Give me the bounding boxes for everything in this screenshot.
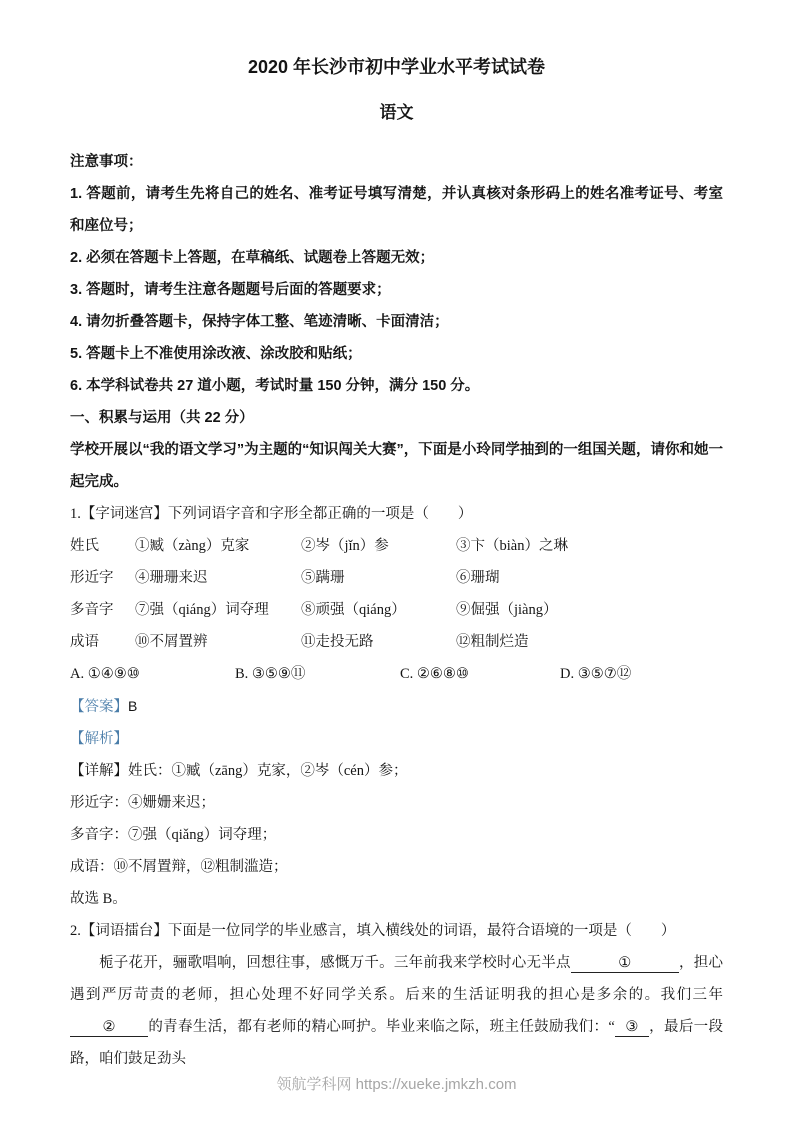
q2-blank-2: ② — [70, 1019, 148, 1037]
q1-analysis-line: 【解析】 — [70, 723, 723, 755]
q1-detail-line-3: 多音字：⑦强（qiǎng）词夺理； — [70, 819, 723, 851]
word-item: ⑤蹒珊 — [301, 562, 456, 594]
site-watermark: 领航学科网 https://xueke.jmkzh.com — [0, 1073, 793, 1094]
word-item: ⑨倔强（jiàng） — [456, 594, 723, 626]
row-label: 成语 — [70, 626, 135, 658]
notice-item-1: 1. 答题前，请考生先将自己的姓名、准考证号填写清楚，并认真核对条形码上的姓名准… — [70, 178, 723, 242]
notice-item-6: 6. 本学科试卷共 27 道小题，考试时量 150 分钟，满分 150 分。 — [70, 370, 723, 402]
option-a: A. ①④⑨⑩ — [70, 658, 235, 690]
word-item: ④珊珊来迟 — [135, 562, 301, 594]
q1-row-similar-chars: 形近字 ④珊珊来迟 ⑤蹒珊 ⑥珊瑚 — [70, 562, 723, 594]
row-label: 形近字 — [70, 562, 135, 594]
q1-detail-line-1: 【详解】姓氏：①臧（zāng）克家，②岑（cén）参； — [70, 755, 723, 787]
row-label: 多音字 — [70, 594, 135, 626]
q1-detail-line-2: 形近字：④姗姗来迟； — [70, 787, 723, 819]
q1-answer-line: 【答案】B — [70, 690, 723, 723]
answer-value: B — [128, 698, 137, 714]
notice-item-2: 2. 必须在答题卡上答题，在草稿纸、试题卷上答题无效； — [70, 242, 723, 274]
section-intro: 学校开展以“我的语文学习”为主题的“知识闯关大赛”，下面是小玲同学抽到的一组国关… — [70, 434, 723, 498]
option-d: D. ③⑤⑦⑫ — [560, 658, 723, 690]
word-item: ⑩不屑置辨 — [135, 626, 301, 658]
exam-title: 2020 年长沙市初中学业水平考试试卷 — [70, 58, 723, 76]
word-item: ⑫粗制烂造 — [456, 626, 723, 658]
option-c: C. ②⑥⑧⑩ — [400, 658, 560, 690]
word-item: ②岑（jǐn）参 — [301, 530, 456, 562]
word-item: ③卞（biàn）之琳 — [456, 530, 723, 562]
notice-item-4: 4. 请勿折叠答题卡，保持字体工整、笔迹清晰、卡面清洁； — [70, 306, 723, 338]
q2-seg-3: 的青春生活，都有老师的精心呵护。毕业来临之际，班主任鼓励我们：“ — [148, 1019, 615, 1035]
q1-detail-conclusion: 故选 B。 — [70, 883, 723, 915]
word-item: ⑪走投无路 — [301, 626, 456, 658]
notice-heading: 注意事项： — [70, 146, 723, 178]
exam-page: 2020 年长沙市初中学业水平考试试卷 语文 注意事项： 1. 答题前，请考生先… — [0, 0, 793, 1075]
detail-text: 姓氏：①臧（zāng）克家，②岑（cén）参； — [128, 763, 408, 779]
exam-subject: 语文 — [70, 104, 723, 121]
word-item: ⑦强（qiáng）词夺理 — [135, 594, 301, 626]
q2-paragraph: 栀子花开，骊歌唱响，回想往事，感慨万千。三年前我来学校时心无半点①，担心遇到严厉… — [70, 947, 723, 1075]
notice-item-5: 5. 答题卡上不准使用涂改液、涂改胶和贴纸； — [70, 338, 723, 370]
row-label: 姓氏 — [70, 530, 135, 562]
option-b: B. ③⑤⑨⑪ — [235, 658, 400, 690]
q1-detail-line-4: 成语：⑩不屑置辩，⑫粗制滥造； — [70, 851, 723, 883]
q2-stem: 2.【词语擂台】下面是一位同学的毕业感言，填入横线处的词语，最符合语境的一项是（… — [70, 915, 723, 947]
q1-options: A. ①④⑨⑩ B. ③⑤⑨⑪ C. ②⑥⑧⑩ D. ③⑤⑦⑫ — [70, 658, 723, 690]
q1-row-polyphones: 多音字 ⑦强（qiáng）词夺理 ⑧顽强（qiáng） ⑨倔强（jiàng） — [70, 594, 723, 626]
notice-item-3: 3. 答题时，请考生注意各题题号后面的答题要求； — [70, 274, 723, 306]
analysis-label: 【解析】 — [70, 731, 128, 747]
q2-blank-3: ③ — [615, 1019, 649, 1037]
q2-seg-1: 栀子花开，骊歌唱响，回想往事，感慨万千。三年前我来学校时心无半点 — [99, 955, 571, 971]
q1-row-surnames: 姓氏 ①臧（zàng）克家 ②岑（jǐn）参 ③卞（biàn）之琳 — [70, 530, 723, 562]
q1-row-idioms: 成语 ⑩不屑置辨 ⑪走投无路 ⑫粗制烂造 — [70, 626, 723, 658]
word-item: ⑧顽强（qiáng） — [301, 594, 456, 626]
detail-label: 【详解】 — [70, 763, 128, 779]
q2-blank-1: ① — [571, 955, 679, 973]
q1-stem: 1.【字词迷宫】下列词语字音和字形全都正确的一项是（ ） — [70, 498, 723, 530]
word-item: ①臧（zàng）克家 — [135, 530, 301, 562]
section-heading: 一、积累与运用（共 22 分） — [70, 402, 723, 434]
word-item: ⑥珊瑚 — [456, 562, 723, 594]
answer-label: 【答案】 — [70, 699, 128, 715]
